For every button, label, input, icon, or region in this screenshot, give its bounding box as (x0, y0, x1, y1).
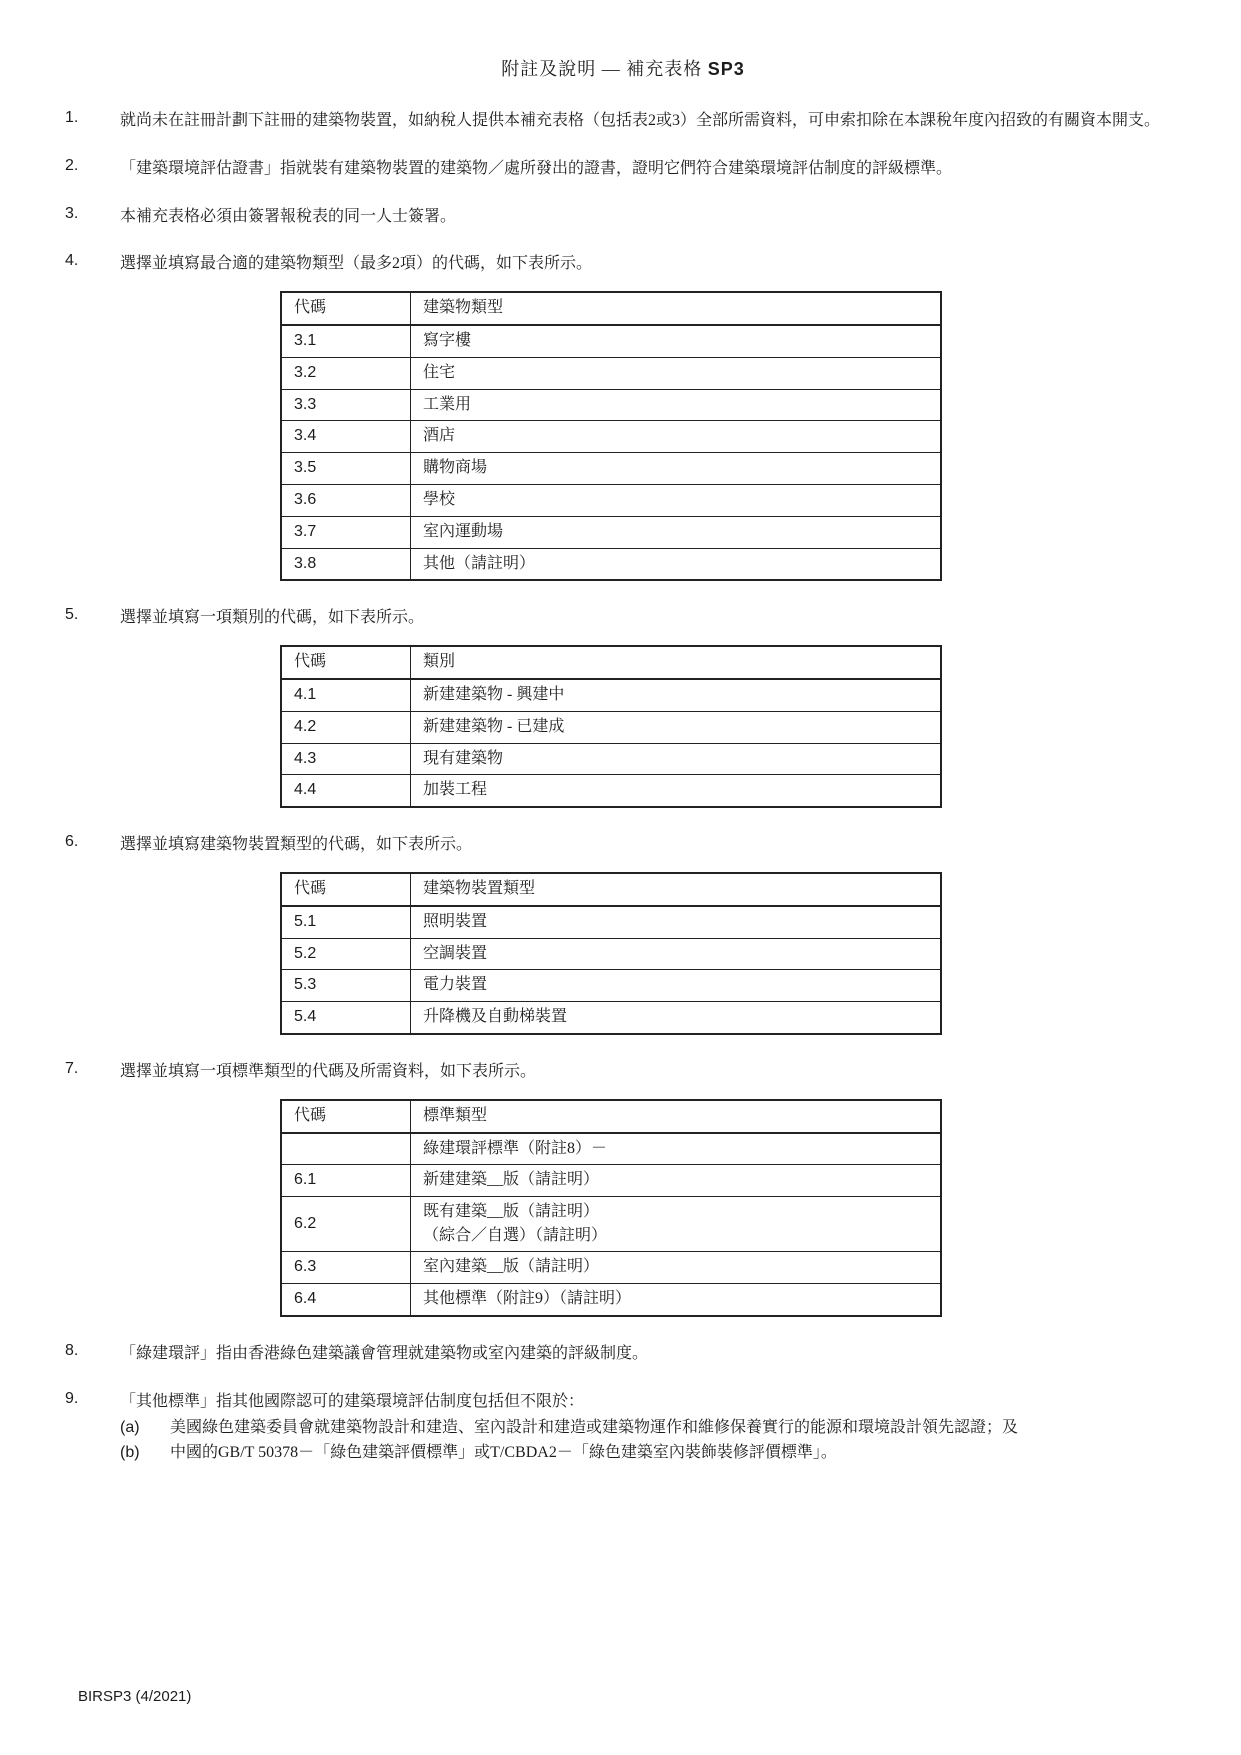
note-number: 8. (65, 1342, 120, 1367)
type-cell: 工業用 (411, 389, 942, 421)
header-cell-code: 代碼 (281, 646, 411, 679)
category-cell: 新建建築物 - 興建中 (411, 679, 942, 711)
table-row: 6.4 其他標準（附註9）（請註明） (281, 1283, 941, 1315)
standard-cell: 室內建築__版（請註明） (411, 1252, 942, 1284)
table-header-row: 代碼 標準類型 (281, 1100, 941, 1133)
table-row: 6.2 既有建築__版（請註明） （綜合／自選）（請註明） (281, 1197, 941, 1252)
code-cell (281, 1133, 411, 1165)
note-number: 3. (65, 205, 120, 230)
type-cell: 酒店 (411, 421, 942, 453)
table-row: 3.2 住宅 (281, 357, 941, 389)
code-cell: 3.6 (281, 484, 411, 516)
note-4-content: 選擇並填寫最合適的建築物類型（最多2項）的代碼，如下表所示。 代碼 建築物類型 … (120, 252, 1181, 583)
form-reference: BIRSP3 (4/2021) (78, 1688, 191, 1705)
code-cell: 3.8 (281, 548, 411, 580)
code-cell: 3.5 (281, 453, 411, 485)
code-cell: 6.1 (281, 1165, 411, 1197)
table-row: 6.3 室內建築__版（請註明） (281, 1252, 941, 1284)
code-cell: 4.2 (281, 711, 411, 743)
note-number: 2. (65, 157, 120, 182)
table-row: 3.3 工業用 (281, 389, 941, 421)
note-text: 選擇並填寫一項類別的代碼，如下表所示。 (120, 606, 1181, 631)
document-page: 附註及說明 — 補充表格 SP3 1. 就尚未在註冊計劃下註冊的建築物裝置，如納… (0, 0, 1241, 1466)
note-number: 1. (65, 109, 120, 134)
page-title-text: 附註及說明 — 補充表格 (501, 59, 708, 79)
table-row: 5.3 電力裝置 (281, 970, 941, 1002)
table-row: 6.1 新建建築__版（請註明） (281, 1165, 941, 1197)
note-number: 9. (65, 1390, 120, 1466)
note-text: 選擇並填寫一項標準類型的代碼及所需資料，如下表所示。 (120, 1060, 1181, 1085)
note-4: 4. 選擇並填寫最合適的建築物類型（最多2項）的代碼，如下表所示。 代碼 建築物… (65, 252, 1181, 583)
note-1: 1. 就尚未在註冊計劃下註冊的建築物裝置，如納稅人提供本補充表格（包括表2或3）… (65, 109, 1181, 134)
code-cell: 3.1 (281, 325, 411, 357)
table-row: 3.5 購物商場 (281, 453, 941, 485)
note-text: 「建築環境評估證書」指就裝有建築物裝置的建築物／處所發出的證書，證明它們符合建築… (120, 157, 1181, 182)
table-row: 4.4 加裝工程 (281, 775, 941, 807)
note-text: 「其他標準」指其他國際認可的建築環境評估制度包括但不限於： (120, 1390, 1181, 1415)
building-type-table: 代碼 建築物類型 3.1 寫字樓 3.2 住宅 3.3 工業用 3.4 酒店 (280, 291, 942, 581)
note-6: 6. 選擇並填寫建築物裝置類型的代碼，如下表所示。 代碼 建築物裝置類型 5.1… (65, 833, 1181, 1037)
note-text: 就尚未在註冊計劃下註冊的建築物裝置，如納稅人提供本補充表格（包括表2或3）全部所… (120, 109, 1181, 134)
code-cell: 5.2 (281, 938, 411, 970)
code-cell: 3.7 (281, 516, 411, 548)
code-cell: 5.4 (281, 1002, 411, 1034)
note-9: 9. 「其他標準」指其他國際認可的建築環境評估制度包括但不限於： (a) 美國綠… (65, 1390, 1181, 1466)
note-number: 7. (65, 1060, 120, 1319)
note-9-subitems: (a) 美國綠色建築委員會就建築物設計和建造、室內設計和建造或建築物運作和維修保… (120, 1416, 1181, 1466)
type-cell: 購物商場 (411, 453, 942, 485)
table-row: 3.6 學校 (281, 484, 941, 516)
code-cell: 3.3 (281, 389, 411, 421)
type-cell: 室內運動場 (411, 516, 942, 548)
standard-cell: 既有建築__版（請註明） （綜合／自選）（請註明） (411, 1197, 942, 1252)
fixture-cell: 升降機及自動梯裝置 (411, 1002, 942, 1034)
category-cell: 加裝工程 (411, 775, 942, 807)
category-table: 代碼 類別 4.1 新建建築物 - 興建中 4.2 新建建築物 - 已建成 4.… (280, 645, 942, 808)
page-title: 附註及說明 — 補充表格 SP3 (65, 55, 1181, 81)
standard-cell: 新建建築__版（請註明） (411, 1165, 942, 1197)
table-header-row: 代碼 類別 (281, 646, 941, 679)
table-row: 3.1 寫字樓 (281, 325, 941, 357)
header-cell-fixture-type: 建築物裝置類型 (411, 873, 942, 906)
note-9-content: 「其他標準」指其他國際認可的建築環境評估制度包括但不限於： (a) 美國綠色建築… (120, 1390, 1181, 1466)
category-cell: 現有建築物 (411, 743, 942, 775)
code-cell: 3.2 (281, 357, 411, 389)
table-row: 5.4 升降機及自動梯裝置 (281, 1002, 941, 1034)
subitem-label: (a) (120, 1416, 170, 1441)
table-row: 4.2 新建建築物 - 已建成 (281, 711, 941, 743)
table-row: 3.8 其他（請註明） (281, 548, 941, 580)
header-cell-type: 建築物類型 (411, 292, 942, 325)
fixture-cell: 電力裝置 (411, 970, 942, 1002)
note-text: 選擇並填寫最合適的建築物類型（最多2項）的代碼，如下表所示。 (120, 252, 1181, 277)
page-title-form-code: SP3 (708, 59, 745, 79)
note-5-content: 選擇並填寫一項類別的代碼，如下表所示。 代碼 類別 4.1 新建建築物 - 興建… (120, 606, 1181, 810)
note-number: 6. (65, 833, 120, 1037)
header-cell-standard-type: 標準類型 (411, 1100, 942, 1133)
category-cell: 新建建築物 - 已建成 (411, 711, 942, 743)
type-cell: 其他（請註明） (411, 548, 942, 580)
standard-cell: 其他標準（附註9）（請註明） (411, 1283, 942, 1315)
type-cell: 學校 (411, 484, 942, 516)
note-text: 「綠建環評」指由香港綠色建築議會管理就建築物或室內建築的評級制度。 (120, 1342, 1181, 1367)
type-cell: 住宅 (411, 357, 942, 389)
note-8: 8. 「綠建環評」指由香港綠色建築議會管理就建築物或室內建築的評級制度。 (65, 1342, 1181, 1367)
code-cell: 6.2 (281, 1197, 411, 1252)
code-cell: 6.3 (281, 1252, 411, 1284)
note-7: 7. 選擇並填寫一項標準類型的代碼及所需資料，如下表所示。 代碼 標準類型 綠建… (65, 1060, 1181, 1319)
table-row: 5.2 空調裝置 (281, 938, 941, 970)
fixture-cell: 空調裝置 (411, 938, 942, 970)
note-number: 5. (65, 606, 120, 810)
note-text: 本補充表格必須由簽署報稅表的同一人士簽署。 (120, 205, 1181, 230)
code-cell: 5.1 (281, 906, 411, 938)
table-row: 5.1 照明裝置 (281, 906, 941, 938)
code-cell: 4.3 (281, 743, 411, 775)
table-row: 4.1 新建建築物 - 興建中 (281, 679, 941, 711)
code-cell: 5.3 (281, 970, 411, 1002)
code-cell: 3.4 (281, 421, 411, 453)
table-row: 3.4 酒店 (281, 421, 941, 453)
standard-cell-line-2: （綜合／自選）（請註明） (423, 1224, 928, 1248)
note-5: 5. 選擇並填寫一項類別的代碼，如下表所示。 代碼 類別 4.1 新建建築物 -… (65, 606, 1181, 810)
subitem-label: (b) (120, 1441, 170, 1466)
table-row: 4.3 現有建築物 (281, 743, 941, 775)
header-cell-code: 代碼 (281, 292, 411, 325)
note-3: 3. 本補充表格必須由簽署報稅表的同一人士簽署。 (65, 205, 1181, 230)
code-cell: 4.1 (281, 679, 411, 711)
fixture-cell: 照明裝置 (411, 906, 942, 938)
code-cell: 4.4 (281, 775, 411, 807)
table-row: 3.7 室內運動場 (281, 516, 941, 548)
subitem-b: (b) 中國的GB/T 50378－「綠色建築評價標準」或T/CBDA2－「綠色… (120, 1441, 1181, 1466)
standard-cell-line-1: 既有建築__版（請註明） (423, 1200, 928, 1224)
header-cell-category: 類別 (411, 646, 942, 679)
table-header-row: 代碼 建築物裝置類型 (281, 873, 941, 906)
type-cell: 寫字樓 (411, 325, 942, 357)
note-text: 選擇並填寫建築物裝置類型的代碼，如下表所示。 (120, 833, 1181, 858)
fixture-type-table: 代碼 建築物裝置類型 5.1 照明裝置 5.2 空調裝置 5.3 電力裝置 5.… (280, 872, 942, 1035)
note-7-content: 選擇並填寫一項標準類型的代碼及所需資料，如下表所示。 代碼 標準類型 綠建環評標… (120, 1060, 1181, 1319)
subitem-a: (a) 美國綠色建築委員會就建築物設計和建造、室內設計和建造或建築物運作和維修保… (120, 1416, 1181, 1441)
note-2: 2. 「建築環境評估證書」指就裝有建築物裝置的建築物／處所發出的證書，證明它們符… (65, 157, 1181, 182)
table-header-row: 代碼 建築物類型 (281, 292, 941, 325)
header-cell-code: 代碼 (281, 1100, 411, 1133)
standard-type-table: 代碼 標準類型 綠建環評標準（附註8）－ 6.1 新建建築__版（請註明） 6.… (280, 1099, 942, 1317)
code-cell: 6.4 (281, 1283, 411, 1315)
subitem-text: 中國的GB/T 50378－「綠色建築評價標準」或T/CBDA2－「綠色建築室內… (170, 1441, 1181, 1466)
note-number: 4. (65, 252, 120, 583)
standard-cell: 綠建環評標準（附註8）－ (411, 1133, 942, 1165)
table-row: 綠建環評標準（附註8）－ (281, 1133, 941, 1165)
note-6-content: 選擇並填寫建築物裝置類型的代碼，如下表所示。 代碼 建築物裝置類型 5.1 照明… (120, 833, 1181, 1037)
subitem-text: 美國綠色建築委員會就建築物設計和建造、室內設計和建造或建築物運作和維修保養實行的… (170, 1416, 1181, 1441)
header-cell-code: 代碼 (281, 873, 411, 906)
